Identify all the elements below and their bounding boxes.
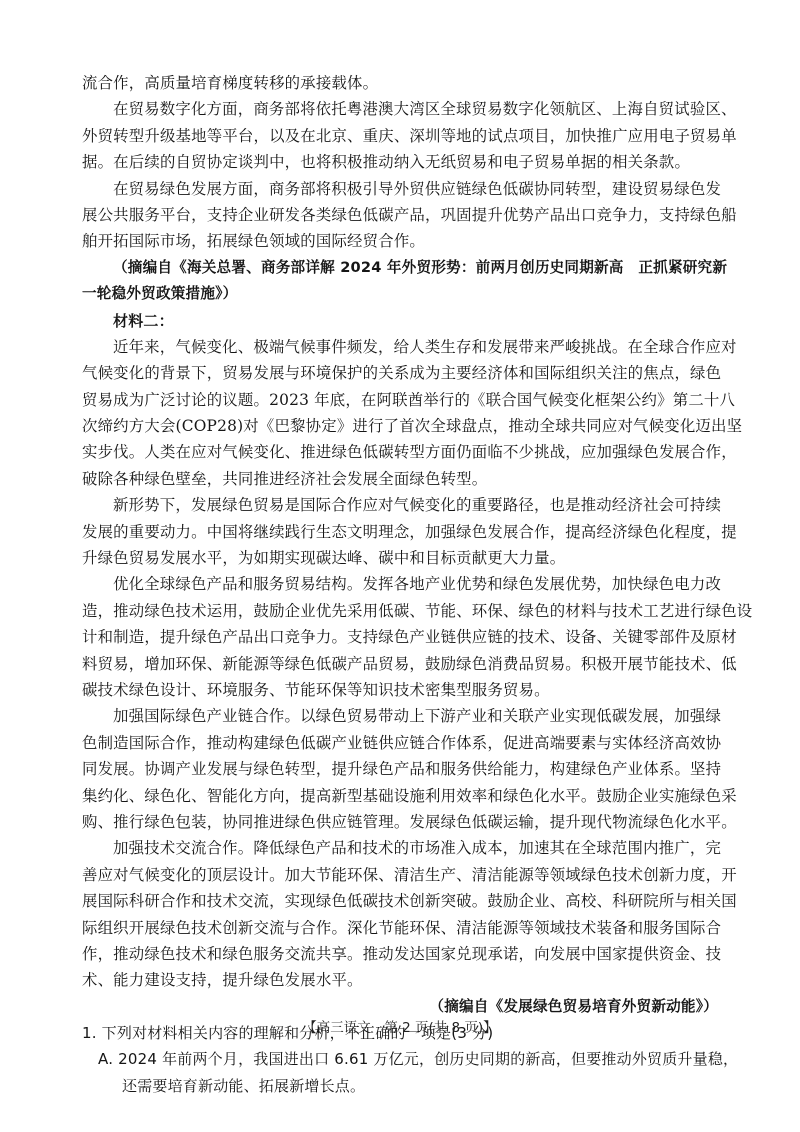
text-line: 加强国际绿色产业链合作。以绿色贸易带动上下游产业和关联产业实现低碳发展，加强绿 xyxy=(82,703,718,729)
text-line: 实步伐。人类在应对气候变化、推进绿色低碳转型方面仍面临不少挑战，应加强绿色发展合… xyxy=(82,439,718,465)
text-line: 破除各种绿色壁垒，共同推进经济社会发展全面绿色转型。 xyxy=(82,466,718,492)
text-line: 在贸易绿色发展方面，商务部将积极引导外贸供应链绿色低碳协同转型，建设贸易绿色发 xyxy=(82,176,718,202)
text-line: 购、推行绿色包装，协同推进绿色供应链管理。发展绿色低碳运输，提升现代物流绿色化水… xyxy=(82,809,718,835)
text-line: 据。在后续的自贸协定谈判中，也将积极推动纳入无纸贸易和电子贸易单据的相关条款。 xyxy=(82,149,718,175)
source-citation-1: （摘编自《海关总署、商务部详解 2024 年外贸形势：前两月创历史同期新高 正抓… xyxy=(82,255,718,308)
option-a-line2: 还需要培育新动能、拓展新增长点。 xyxy=(82,1073,718,1099)
material2-paragraph-3: 优化全球绿色产品和服务贸易结构。发挥各地产业优势和绿色发展优势，加快绿色电力改 … xyxy=(82,571,718,703)
material2-heading: 材料二： xyxy=(82,308,718,334)
text-line: 近年来，气候变化、极端气候事件频发，给人类生存和发展带来严峻挑战。在全球合作应对 xyxy=(82,334,718,360)
text-line: 计和制造，提升绿色产品出口竞争力。支持绿色产业链供应链的技术、设备、关键零部件及… xyxy=(82,624,718,650)
material2-paragraph-4: 加强国际绿色产业链合作。以绿色贸易带动上下游产业和关联产业实现低碳发展，加强绿 … xyxy=(82,703,718,835)
document-page: 流合作，高质量培育梯度转移的承接载体。 在贸易数字化方面，商务部将依托粤港澳大湾… xyxy=(82,70,718,1099)
text-line: 术、能力建设支持，提升绿色发展水平。 xyxy=(82,967,718,993)
text-line: 在贸易数字化方面，商务部将依托粤港澳大湾区全球贸易数字化领航区、上海自贸试验区、 xyxy=(82,96,718,122)
paragraph-digital-trade: 在贸易数字化方面，商务部将依托粤港澳大湾区全球贸易数字化领航区、上海自贸试验区、… xyxy=(82,96,718,175)
text-line: 新形势下，发展绿色贸易是国际合作应对气候变化的重要路径，也是推动经济社会可持续 xyxy=(82,492,718,518)
text-line: 料贸易，增加环保、新能源等绿色低碳产品贸易，鼓励绿色消费品贸易。积极开展节能技术… xyxy=(82,651,718,677)
text-line: 发展的重要动力。中国将继续践行生态文明理念，加强绿色发展合作，提高经济绿色化程度… xyxy=(82,519,718,545)
text-line: （摘编自《海关总署、商务部详解 2024 年外贸形势：前两月创历史同期新高 正抓… xyxy=(82,255,718,281)
text-line: 升绿色贸易发展水平，为如期实现碳达峰、碳中和目标贡献更大力量。 xyxy=(82,545,718,571)
material2-paragraph-5: 加强技术交流合作。降低绿色产品和技术的市场准入成本，加速其在全球范围内推广，完 … xyxy=(82,835,718,993)
text-line: 际组织开展绿色技术创新交流与合作。深化节能环保、清洁能源等领域技术装备和服务国际… xyxy=(82,915,718,941)
text-line: 碳技术绿色设计、环境服务、节能环保等知识技术密集型服务贸易。 xyxy=(82,677,718,703)
text-line: 一轮稳外贸政策措施》） xyxy=(82,281,718,307)
text-line: 贸易成为广泛讨论的议题。2023 年底，在阿联酋举行的《联合国气候变化框架公约》… xyxy=(82,387,718,413)
material2-paragraph-1: 近年来，气候变化、极端气候事件频发，给人类生存和发展带来严峻挑战。在全球合作应对… xyxy=(82,334,718,492)
option-a-line1: A. 2024 年前两个月，我国进出口 6.61 万亿元，创历史同期的新高，但要… xyxy=(82,1046,718,1072)
paragraph-green-trade: 在贸易绿色发展方面，商务部将积极引导外贸供应链绿色低碳协同转型，建设贸易绿色发 … xyxy=(82,176,718,255)
text-line: 作，推动绿色技术和绿色服务交流共享。推动发达国家兑现承诺，向发展中国家提供资金、… xyxy=(82,941,718,967)
text-line: 色制造国际合作，推动构建绿色低碳产业链供应链合作体系，促进高端要素与实体经济高效… xyxy=(82,730,718,756)
text-line: 集约化、绿色化、智能化方向，提高新型基础设施利用效率和绿色化水平。鼓励企业实施绿… xyxy=(82,783,718,809)
text-line: 展公共服务平台，支持企业研发各类绿色低碳产品，巩固提升优势产品出口竞争力，支持绿… xyxy=(82,202,718,228)
text-line: 优化全球绿色产品和服务贸易结构。发挥各地产业优势和绿色发展优势，加快绿色电力改 xyxy=(82,571,718,597)
text-line: 次缔约方大会(COP28)对《巴黎协定》进行了首次全球盘点，推动全球共同应对气候… xyxy=(82,413,718,439)
text-line: 善应对气候变化的顶层设计。加大节能环保、清洁生产、清洁能源等领域绿色技术创新力度… xyxy=(82,862,718,888)
material2-paragraph-2: 新形势下，发展绿色贸易是国际合作应对气候变化的重要路径，也是推动经济社会可持续 … xyxy=(82,492,718,571)
text-line: 加强技术交流合作。降低绿色产品和技术的市场准入成本，加速其在全球范围内推广，完 xyxy=(82,835,718,861)
text-line: 外贸转型升级基地等平台，以及在北京、重庆、深圳等地的试点项目，加快推广应用电子贸… xyxy=(82,123,718,149)
text-line: 同发展。协调产业发展与绿色转型，提升绿色产品和服务供给能力，构建绿色产业体系。坚… xyxy=(82,756,718,782)
text-line: 造，推动绿色技术运用，鼓励企业优先采用低碳、节能、环保、绿色的材料与技术工艺进行… xyxy=(82,598,718,624)
text-line: 舶开拓国际市场，拓展绿色领域的国际经贸合作。 xyxy=(82,228,718,254)
page-footer: 【高三语文 第 2 页(共 8 页)】 xyxy=(0,1016,800,1036)
text-line: 气候变化的背景下，贸易发展与环境保护的关系成为主要经济体和国际组织关注的焦点，绿… xyxy=(82,360,718,386)
material1-tail-line: 流合作，高质量培育梯度转移的承接载体。 xyxy=(82,70,718,96)
text-line: 展国际科研合作和技术交流，实现绿色低碳技术创新突破。鼓励企业、高校、科研院所与相… xyxy=(82,888,718,914)
